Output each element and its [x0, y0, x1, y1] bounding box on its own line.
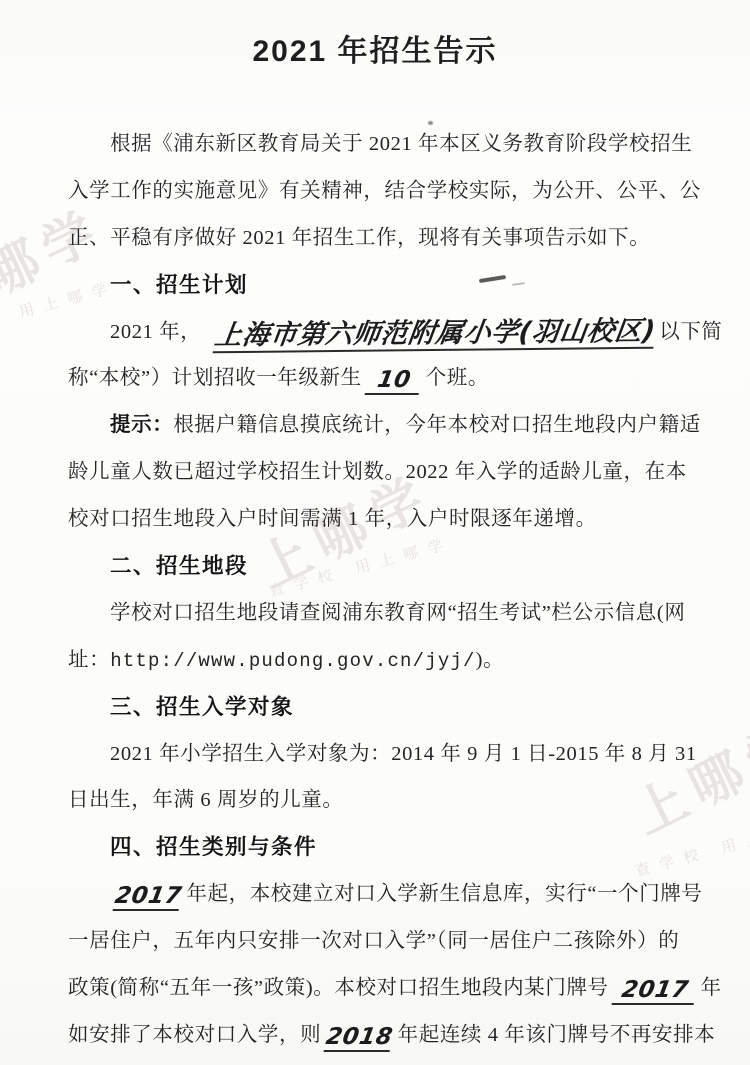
text-segment: 2021 年小学招生入学对象为：2014 年 9 月 1 日-2015 年 8 … [110, 743, 697, 765]
text-segment: 根据《浦东新区教育局关于 2021 年本区义务教育阶段学校招生 [110, 133, 692, 155]
doc-line: 2021 年小学招生入学对象为：2014 年 9 月 1 日-2015 年 8 … [0, 731, 750, 778]
doc-line: 入学工作的实施意见》有关精神，结合学校实际，为公开、公平、公 [0, 168, 750, 215]
doc-line: 龄儿童人数已超过学校招生计划数。2022 年入学的适龄儿童，在本 [0, 449, 750, 496]
text-segment: 龄儿童人数已超过学校招生计划数。2022 年入学的适龄儿童，在本 [68, 461, 687, 483]
section-heading-line: 三、招生入学对象 [0, 684, 750, 731]
doc-line: 2017年起，本校建立对口入学新生信息库，实行“一个门牌号 [0, 871, 750, 918]
section-heading: 一、招生计划 [110, 273, 248, 297]
bold-text-segment: 提示： [110, 414, 173, 436]
section-heading: 三、招生入学对象 [110, 695, 294, 719]
text-segment: 址： [68, 649, 110, 671]
doc-line: 如安排了本校对口入学，则2018年起连续 4 年该门牌号不再安排本 [0, 1012, 750, 1059]
handwritten-number: 2017 [611, 977, 698, 1005]
text-segment: 称“本校”）计划招收一年级新生 [68, 367, 362, 389]
text-segment: 年起连续 4 年该门牌号不再安排本 [398, 1024, 716, 1046]
doc-line: 根据《浦东新区教育局关于 2021 年本区义务教育阶段学校招生 [0, 121, 750, 168]
doc-line: 一居住户，五年内只安排一次对口入学”（同一居住户二孩除外）的 [0, 918, 750, 965]
section-heading: 四、招生类别与条件 [110, 835, 317, 859]
text-segment: 如安排了本校对口入学，则 [68, 1024, 321, 1046]
handwritten-school-name: 上海市第六师范附属小学(羽山校区) [213, 316, 658, 353]
doc-line: 日出生，年满 6 周岁的儿童。 [0, 777, 750, 824]
doc-line: 2021 年，上海市第六师范附属小学(羽山校区)以下简 [0, 309, 750, 356]
text-segment: 年 [701, 977, 722, 999]
section-heading-line: 二、招生地段 [0, 543, 750, 590]
section-heading-line: 一、招生计划 [0, 262, 750, 309]
doc-line: 址：http://www.pudong.gov.cn/jyj/)。 [0, 637, 750, 684]
url-text: http://www.pudong.gov.cn/jyj/ [110, 650, 475, 672]
handwritten-number: 10 [364, 367, 423, 395]
text-segment: 校对口招生地段入户时间需满 1 年，入户时限逐年递增。 [68, 508, 597, 530]
doc-line: 称“本校”）计划招收一年级新生10个班。 [0, 355, 750, 402]
doc-line: 正、平稳有序做好 2021 年招生工作，现将有关事项告示如下。 [0, 215, 750, 262]
text-segment: 正、平稳有序做好 2021 年招生工作，现将有关事项告示如下。 [68, 227, 650, 249]
text-segment: 一居住户，五年内只安排一次对口入学”（同一居住户二孩除外）的 [68, 930, 679, 952]
text-segment: 政策(简称“五年一孩”政策)。本校对口招生地段内某门牌号 [68, 977, 609, 999]
text-segment: 日出生，年满 6 周岁的儿童。 [68, 789, 344, 811]
scanned-notice-page: { "page": { "title": "2021 年招生告示" }, "wa… [0, 0, 750, 1065]
doc-line: 政策(简称“五年一孩”政策)。本校对口招生地段内某门牌号2017年 [0, 965, 750, 1012]
text-segment: 2021 年， [110, 321, 201, 343]
doc-line: 校对口招生地段入户时间需满 1 年，入户时限逐年递增。 [0, 496, 750, 543]
doc-line: 提示：根据户籍信息摸底统计，今年本校对口招生地段内户籍适 [0, 402, 750, 449]
section-heading-line: 四、招生类别与条件 [0, 824, 750, 871]
text-segment: 学校对口招生地段请查阅浦东教育网“招生考试”栏公示信息(网 [110, 602, 685, 624]
text-segment: 个班。 [426, 367, 489, 389]
text-segment: 根据户籍信息摸底统计，今年本校对口招生地段内户籍适 [173, 414, 701, 436]
text-segment: 入学工作的实施意见》有关精神，结合学校实际，为公开、公平、公 [68, 180, 701, 202]
section-heading: 二、招生地段 [110, 554, 248, 578]
document-body: 根据《浦东新区教育局关于 2021 年本区义务教育阶段学校招生入学工作的实施意见… [0, 121, 750, 1059]
document-title: 2021 年招生告示 [0, 26, 750, 70]
text-segment: )。 [476, 649, 505, 671]
text-segment: 以下简 [659, 321, 722, 343]
doc-line: 学校对口招生地段请查阅浦东教育网“招生考试”栏公示信息(网 [0, 590, 750, 637]
text-segment: 年起，本校建立对口入学新生信息库，实行“一个门牌号 [186, 883, 702, 905]
handwritten-number: 2018 [324, 1024, 395, 1052]
handwritten-number: 2017 [113, 883, 184, 911]
